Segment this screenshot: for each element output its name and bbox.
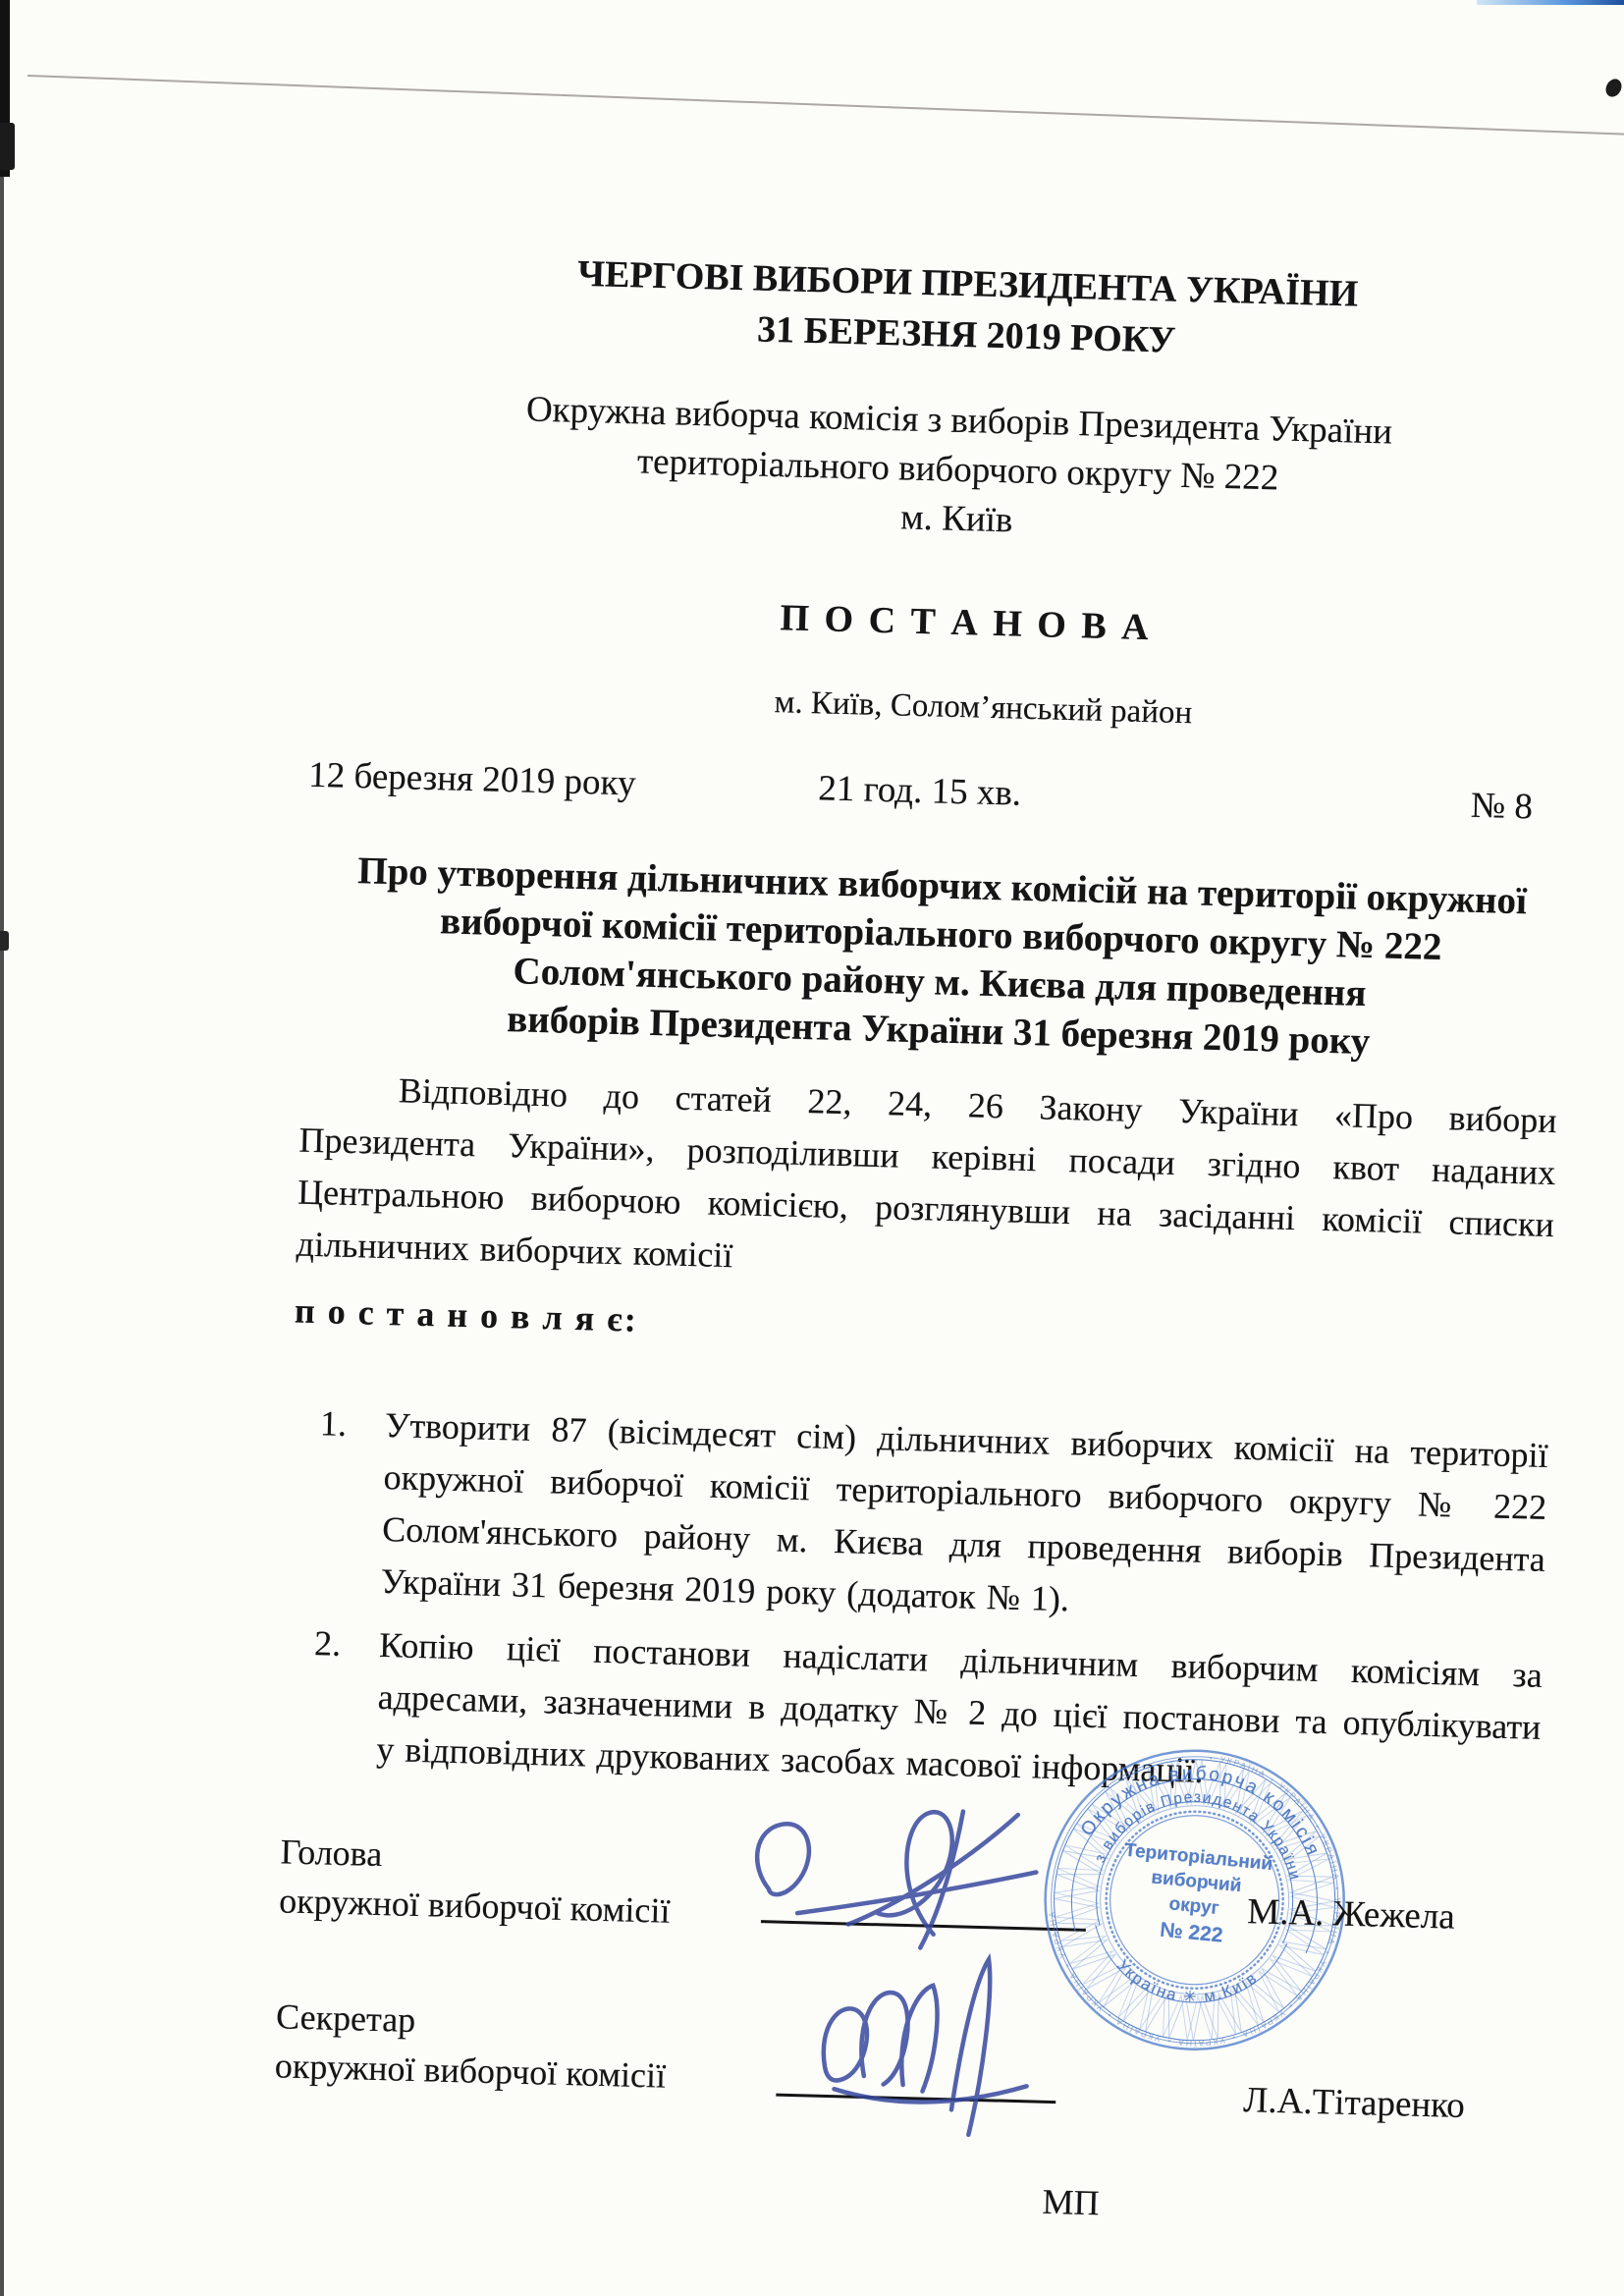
stamp-center-line1: Територіальний — [1124, 1840, 1274, 1875]
secretary-name: Л.А.Тітаренко — [1243, 2076, 1466, 2131]
document-number: № 8 — [1470, 781, 1533, 834]
scan-edge-line — [0, 0, 4, 2296]
head-name: М.А. Жежела — [1247, 1887, 1456, 1942]
resolution-subject: Про утворення дільничних виборчих комісі… — [283, 845, 1597, 1071]
secretary-signature-ink — [803, 1948, 1034, 2151]
ink-spot — [1602, 77, 1624, 100]
item-number: 1. — [319, 1397, 347, 1450]
document-date: 12 березня 2019 року — [308, 750, 637, 810]
commission-name: Окружна виборча комісія з виборів Презид… — [328, 380, 1588, 560]
head-signature-ink — [731, 1793, 1045, 1953]
election-masthead: ЧЕРГОВІ ВИБОРИ ПРЕЗИДЕНТА УКРАЇНИ 31 БЕР… — [338, 242, 1597, 376]
scan-edge-tick — [0, 931, 9, 951]
place-line: м. Київ, Солом’янський район — [354, 669, 1612, 746]
scan-corner-sliver — [1477, 0, 1624, 5]
stamp-center-line3: округ — [1168, 1893, 1220, 1919]
preamble-paragraph: Відповідно до статей 22, 24, 26 Закону У… — [296, 1063, 1557, 1303]
resolution-item-1: 1. Утворити 87 (вісімдесят сім) дільничн… — [287, 1397, 1548, 1638]
scanned-document-page: ЧЕРГОВІ ВИБОРИ ПРЕЗИДЕНТА УКРАЇНИ 31 БЕР… — [0, 0, 1624, 2296]
scan-edge-blotch — [0, 123, 15, 170]
stamp-center-line2: виборчий — [1151, 1867, 1243, 1896]
seal-place-abbr: МП — [1042, 2181, 1529, 2235]
document-type-title: П О С Т А Н О В А — [337, 580, 1595, 664]
document-body: ЧЕРГОВІ ВИБОРИ ПРЕЗИДЕНТА УКРАЇНИ 31 БЕР… — [271, 0, 1585, 2235]
document-time: 21 год. 15 хв. — [818, 763, 1022, 819]
item-number: 2. — [313, 1617, 341, 1670]
date-time-number-row: 12 березня 2019 року 21 год. 15 хв. № 8 — [308, 750, 1566, 834]
stamp-center-line4: № 222 — [1159, 1919, 1223, 1947]
